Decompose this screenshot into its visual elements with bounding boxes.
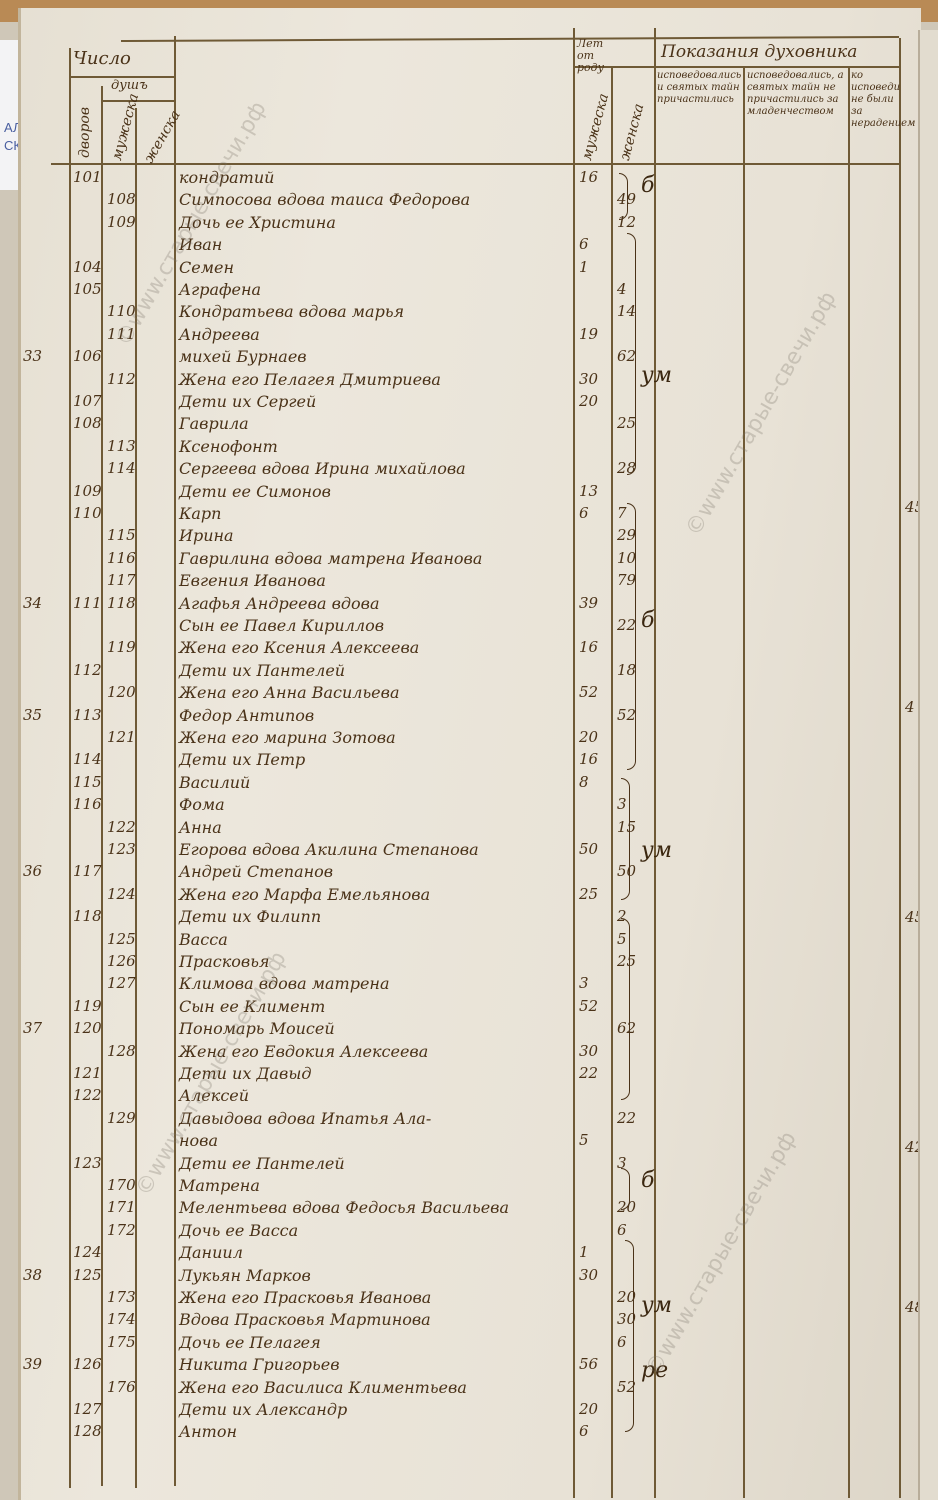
age-male: 25	[579, 885, 598, 903]
age-male: 6	[579, 504, 589, 522]
header-age-female: женска	[617, 102, 647, 162]
household-number: 38	[23, 1266, 42, 1284]
age-male: 20	[579, 728, 598, 746]
age-male: 30	[579, 370, 598, 388]
header-age-group: Лет от роду	[577, 38, 611, 74]
rule-header-bottom	[51, 163, 899, 165]
age-male: 30	[579, 1266, 598, 1284]
header-female: женска	[141, 108, 184, 166]
age-female: 7	[617, 504, 627, 522]
age-female: 22	[617, 1109, 636, 1127]
person-name: Климова вдова матрена	[179, 974, 390, 993]
female-soul-number: 171	[107, 1198, 136, 1216]
age-male: 1	[579, 1243, 589, 1261]
male-soul-number: 125	[73, 1266, 102, 1284]
person-name: Ксенофонт	[179, 437, 278, 456]
brace-group-6	[621, 1168, 630, 1210]
person-name: Пономарь Моисей	[179, 1019, 335, 1038]
header-confession-1: исповедовались и святых тайн причастилис…	[657, 70, 741, 106]
brace-group-4	[621, 778, 630, 900]
person-name: Гаврилина вдова матрена Иванова	[179, 549, 482, 568]
person-name: Дочь ее Васса	[179, 1221, 298, 1240]
household-number: 36	[23, 862, 42, 880]
person-name: Антон	[179, 1422, 237, 1441]
person-name: Давыдова вдова Ипатья Ала-	[179, 1109, 431, 1128]
household-number: 37	[23, 1019, 42, 1037]
rule-confession-3	[848, 68, 850, 1498]
female-soul-number: 121	[107, 728, 136, 746]
female-soul-number: 172	[107, 1221, 136, 1239]
female-soul-number: 174	[107, 1310, 136, 1328]
male-soul-number: 114	[73, 750, 102, 768]
age-male: 5	[579, 1131, 589, 1149]
female-soul-number: 128	[107, 1042, 136, 1060]
person-name: Кондратьева вдова марья	[179, 302, 404, 321]
header-confession-title: Показания духовника	[661, 42, 857, 62]
female-soul-number: 112	[107, 370, 136, 388]
header-confession-2: исповедовались, а святых тайн не причаст…	[747, 70, 845, 118]
male-soul-number: 127	[73, 1400, 102, 1418]
person-name: Евгения Иванова	[179, 571, 326, 590]
rule-right-edge	[899, 38, 901, 1498]
female-soul-number: 175	[107, 1333, 136, 1351]
person-name: Дочь ее Пелагея	[179, 1333, 321, 1352]
male-soul-number: 108	[73, 414, 102, 432]
person-name: Жена его Марфа Емельянова	[179, 885, 430, 904]
male-soul-number: 123	[73, 1154, 102, 1172]
header-subgroup-title: душъ	[111, 78, 148, 93]
person-name: Ирина	[179, 526, 234, 545]
rule-top	[121, 36, 899, 42]
male-soul-number: 109	[73, 482, 102, 500]
male-soul-number: 113	[73, 706, 102, 724]
person-name: Андреева	[179, 325, 260, 344]
rule-age-female	[611, 68, 613, 1498]
male-soul-number: 110	[73, 504, 102, 522]
female-soul-number: 120	[107, 683, 136, 701]
female-soul-number: 126	[107, 952, 136, 970]
male-soul-number: 124	[73, 1243, 102, 1261]
age-female: 4	[617, 280, 627, 298]
female-soul-number: 109	[107, 213, 136, 231]
male-soul-number: 121	[73, 1064, 102, 1082]
female-soul-number: 115	[107, 526, 136, 544]
person-name: Жена его Пелагея Дмитриева	[179, 370, 441, 389]
person-name: Даниил	[179, 1243, 243, 1262]
confession-mark: ум	[641, 1293, 672, 1318]
person-name: Прасковья	[179, 952, 270, 971]
age-male: 16	[579, 638, 598, 656]
male-soul-number: 126	[73, 1355, 102, 1373]
age-male: 6	[579, 235, 589, 253]
male-soul-number: 105	[73, 280, 102, 298]
household-number: 33	[23, 347, 42, 365]
person-name: Анна	[179, 818, 222, 837]
person-name: Дети ее Симонов	[179, 482, 331, 501]
female-soul-number: 116	[107, 549, 136, 567]
male-soul-number: 118	[73, 907, 102, 925]
rule-households	[69, 48, 71, 1488]
female-soul-number: 108	[107, 190, 136, 208]
age-male: 1	[579, 258, 589, 276]
confession-mark: б	[641, 173, 654, 198]
male-soul-number: 115	[73, 773, 102, 791]
female-soul-number: 173	[107, 1288, 136, 1306]
person-name: Аграфена	[179, 280, 261, 299]
age-male: 52	[579, 683, 598, 701]
age-male: 6	[579, 1422, 589, 1440]
person-name: Дети их Филипп	[179, 907, 321, 926]
age-male: 20	[579, 392, 598, 410]
confession-mark: ум	[641, 838, 672, 863]
brace-group-5	[621, 918, 630, 1100]
person-name: Жена его Анна Васильева	[179, 683, 399, 702]
female-soul-number: 124	[107, 885, 136, 903]
brace-group-7	[625, 1240, 634, 1432]
person-name: михей Бурнаев	[179, 347, 307, 366]
age-male: 20	[579, 1400, 598, 1418]
watermark-4: ©www.старые-свечи.рф	[641, 1127, 802, 1380]
male-soul-number: 128	[73, 1422, 102, 1440]
female-soul-number: 119	[107, 638, 136, 656]
age-male: 3	[579, 974, 589, 992]
person-name: Семен	[179, 258, 234, 277]
person-name: Дети их Александр	[179, 1400, 347, 1419]
margin-number: 4	[905, 698, 915, 716]
male-soul-number: 106	[73, 347, 102, 365]
header-group-title: Число	[73, 48, 131, 69]
person-name: Жена его Прасковья Иванова	[179, 1288, 431, 1307]
register-page: Число душъ дворов мужеска женска Лет от …	[18, 8, 921, 1500]
male-soul-number: 120	[73, 1019, 102, 1037]
female-soul-number: 122	[107, 818, 136, 836]
age-male: 16	[579, 168, 598, 186]
person-name: Жена его Василиса Климентьева	[179, 1378, 467, 1397]
person-name: Василий	[179, 773, 250, 792]
brace-group-3	[627, 503, 636, 770]
rule-confession-2	[743, 68, 745, 1498]
person-name: Дети их Пантелей	[179, 661, 345, 680]
person-name: Мелентьева вдова Федосья Васильева	[179, 1198, 509, 1217]
brace-group-2	[627, 233, 636, 475]
female-soul-number: 176	[107, 1378, 136, 1396]
female-soul-number: 127	[107, 974, 136, 992]
age-male: 52	[579, 997, 598, 1015]
person-name: Лукьян Марков	[179, 1266, 311, 1285]
confession-mark: б	[641, 608, 654, 633]
age-male: 30	[579, 1042, 598, 1060]
person-name: Сын ее Павел Кириллов	[179, 616, 384, 635]
adjacent-page-edge	[918, 30, 938, 1500]
header-households: дворов	[77, 107, 93, 158]
confession-mark: б	[641, 1168, 654, 1193]
person-name: Карп	[179, 504, 221, 523]
header-male: мужеска	[109, 92, 142, 162]
male-soul-number: 104	[73, 258, 102, 276]
age-male: 56	[579, 1355, 598, 1373]
person-name: Жена его марина Зотова	[179, 728, 396, 747]
person-name: Федор Антипов	[179, 706, 314, 725]
age-male: 39	[579, 594, 598, 612]
household-number: 39	[23, 1355, 42, 1373]
female-soul-number: 114	[107, 459, 136, 477]
header-confession-3: ко исповеди не были за нерадением	[851, 70, 897, 130]
person-name: Вдова Прасковья Мартинова	[179, 1310, 431, 1329]
female-soul-number: 118	[107, 594, 136, 612]
household-number: 35	[23, 706, 42, 724]
age-male: 19	[579, 325, 598, 343]
person-name: Дети ее Пантелей	[179, 1154, 345, 1173]
female-soul-number: 113	[107, 437, 136, 455]
person-name: Андрей Степанов	[179, 862, 333, 881]
male-soul-number: 112	[73, 661, 102, 679]
male-soul-number: 117	[73, 862, 102, 880]
person-name: Дети их Петр	[179, 750, 305, 769]
person-name: Жена его Ксения Алексеева	[179, 638, 419, 657]
age-male: 22	[579, 1064, 598, 1082]
age-male: 50	[579, 840, 598, 858]
person-name: Дети их Сергей	[179, 392, 316, 411]
person-name: Васса	[179, 930, 228, 949]
person-name: Сергеева вдова Ирина михайлова	[179, 459, 466, 478]
age-male: 8	[579, 773, 589, 791]
confession-mark: ум	[641, 363, 672, 388]
household-number: 34	[23, 594, 42, 612]
female-soul-number: 129	[107, 1109, 136, 1127]
male-soul-number: 119	[73, 997, 102, 1015]
male-soul-number: 107	[73, 392, 102, 410]
age-female: 6	[617, 1221, 627, 1239]
rule-header-mid	[573, 66, 899, 68]
person-name: Фома	[179, 795, 225, 814]
female-soul-number: 117	[107, 571, 136, 589]
person-name: Никита Григорьев	[179, 1355, 340, 1374]
brace-group-1	[619, 173, 628, 220]
female-soul-number: 123	[107, 840, 136, 858]
male-soul-number: 111	[73, 594, 102, 612]
person-name: Агафья Андреева вдова	[179, 594, 380, 613]
male-soul-number: 116	[73, 795, 102, 813]
rule-confession-1	[654, 28, 656, 1498]
person-name: Матрена	[179, 1176, 260, 1195]
person-name: Егорова вдова Акилина Степанова	[179, 840, 479, 859]
male-soul-number: 122	[73, 1086, 102, 1104]
watermark-2: ©www.старые-свечи.рф	[681, 287, 842, 540]
age-male: 13	[579, 482, 598, 500]
age-male: 16	[579, 750, 598, 768]
header-age-male: мужеска	[579, 92, 612, 162]
male-soul-number: 101	[73, 168, 102, 186]
person-name: Гаврила	[179, 414, 249, 433]
female-soul-number: 125	[107, 930, 136, 948]
rule-age-male	[573, 28, 575, 1498]
